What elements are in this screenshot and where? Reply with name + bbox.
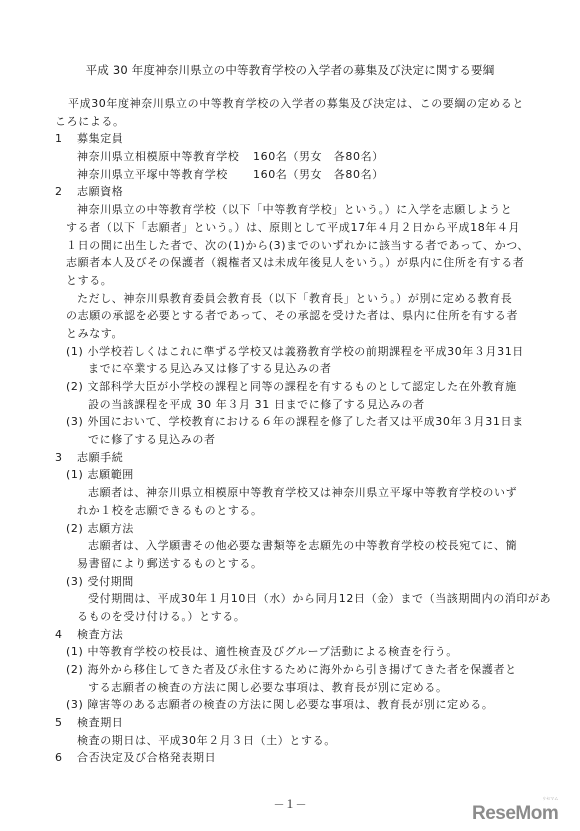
document-body: 平成30年度神奈川県立の中等教育学校の入学者の募集及び決定は、この要綱の定めると…: [55, 95, 525, 767]
list-item-continuation: までに卒業する見込み又は修了する見込みの者: [55, 360, 525, 378]
list-item: (3) 外国において、学校教育における６年の課程を修了した者又は平成30年３月3…: [55, 413, 525, 431]
paragraph-line: 受付期間は、平成30年１月10日（水）から同月12日（金）まで（当該期間内の消印…: [55, 590, 525, 608]
document-title: 平成 30 年度神奈川県立の中等教育学校の入学者の募集及び決定に関する要綱: [0, 62, 580, 78]
list-item-continuation: でに修了する見込みの者: [55, 431, 525, 449]
section-heading: 2志願資格: [55, 183, 525, 201]
intro-line: ころによる。: [55, 113, 525, 131]
list-item: (2) 文部科学大臣が小学校の課程と同等の課程を有するものとして認定した在外教育…: [55, 378, 525, 396]
subsection-heading: (2) 志願方法: [55, 520, 525, 538]
paragraph-line: とする。: [55, 272, 525, 290]
list-item-continuation: する志願者の検査の方法に関し必要な事項は、教育長が別に定める。: [55, 679, 525, 697]
paragraph-line: ただし、神奈川県教育委員会教育長（以下「教育長」という。）が別に定める教育長: [55, 290, 525, 308]
school-row: 神奈川県立相模原中等教育学校160名（男女 各80名）: [55, 148, 525, 166]
list-item-continuation: 設の当該課程を平成 30 年３月 31 日までに修了する見込みの者: [55, 396, 525, 414]
section-heading: 4検査方法: [55, 626, 525, 644]
section-heading: 3志願手続: [55, 449, 525, 467]
resemom-logo: ReseMom リセマム: [472, 803, 558, 825]
paragraph-line: 志願者本人及びその保護者（親権者又は未成年後見人をいう。）が県内に住所を有する者: [55, 254, 525, 272]
subsection-heading: (1) 志願範囲: [55, 466, 525, 484]
intro-line: 平成30年度神奈川県立の中等教育学校の入学者の募集及び決定は、この要綱の定めると: [55, 95, 525, 113]
paragraph-line: 志願者は、神奈川県立相模原中等教育学校又は神奈川県立平塚中等教育学校のいず: [55, 484, 525, 502]
logo-text: ReseMom: [472, 803, 558, 824]
paragraph-line: 易書留により郵送するものとする。: [55, 555, 525, 573]
subsection-heading: (3) 受付期間: [55, 573, 525, 591]
document-page: 平成 30 年度神奈川県立の中等教育学校の入学者の募集及び決定に関する要綱 平成…: [0, 0, 580, 831]
paragraph-line: れか１校を志願できるものとする。: [55, 502, 525, 520]
logo-kana: リセマム: [542, 796, 558, 802]
list-item: (2) 海外から移住してきた者及び永住するために海外から引き揚げてきた者を保護者…: [55, 661, 525, 679]
paragraph-line: るものを受け付ける。）とする。: [55, 608, 525, 626]
paragraph-line: とみなす。: [55, 325, 525, 343]
paragraph-line: １日の間に出生した者で、次の(1)から(3)までのいずれかに該当する者であって、…: [55, 237, 525, 255]
paragraph-line: 志願者は、入学願書その他必要な書類等を志願先の中等教育学校の校長宛てに、簡: [55, 537, 525, 555]
paragraph-line: 神奈川県立の中等教育学校（以下「中等教育学校」という。）に入学を志願しようと: [55, 201, 525, 219]
list-item: (1) 中等教育学校の校長は、適性検査及びグループ活動による検査を行う。: [55, 643, 525, 661]
paragraph-line: 検査の期日は、平成30年２月３日（土）とする。: [55, 732, 525, 750]
list-item: (1) 小学校若しくはこれに準ずる学校又は義務教育学校の前期課程を平成30年３月…: [55, 343, 525, 361]
section-heading: 5検査期日: [55, 714, 525, 732]
paragraph-line: の志願の承認を必要とする者であって、その承認を受けた者は、県内に住所を有する者: [55, 307, 525, 325]
section-heading: 1募集定員: [55, 130, 525, 148]
section-heading: 6合否決定及び合格発表期日: [55, 749, 525, 767]
paragraph-line: する者（以下「志願者」という。）は、原則として平成17年４月２日から平成18年４…: [55, 219, 525, 237]
school-row: 神奈川県立平塚中等教育学校160名（男女 各80名）: [55, 166, 525, 184]
list-item: (3) 障害等のある志願者の検査の方法に関し必要な事項は、教育長が別に定める。: [55, 696, 525, 714]
